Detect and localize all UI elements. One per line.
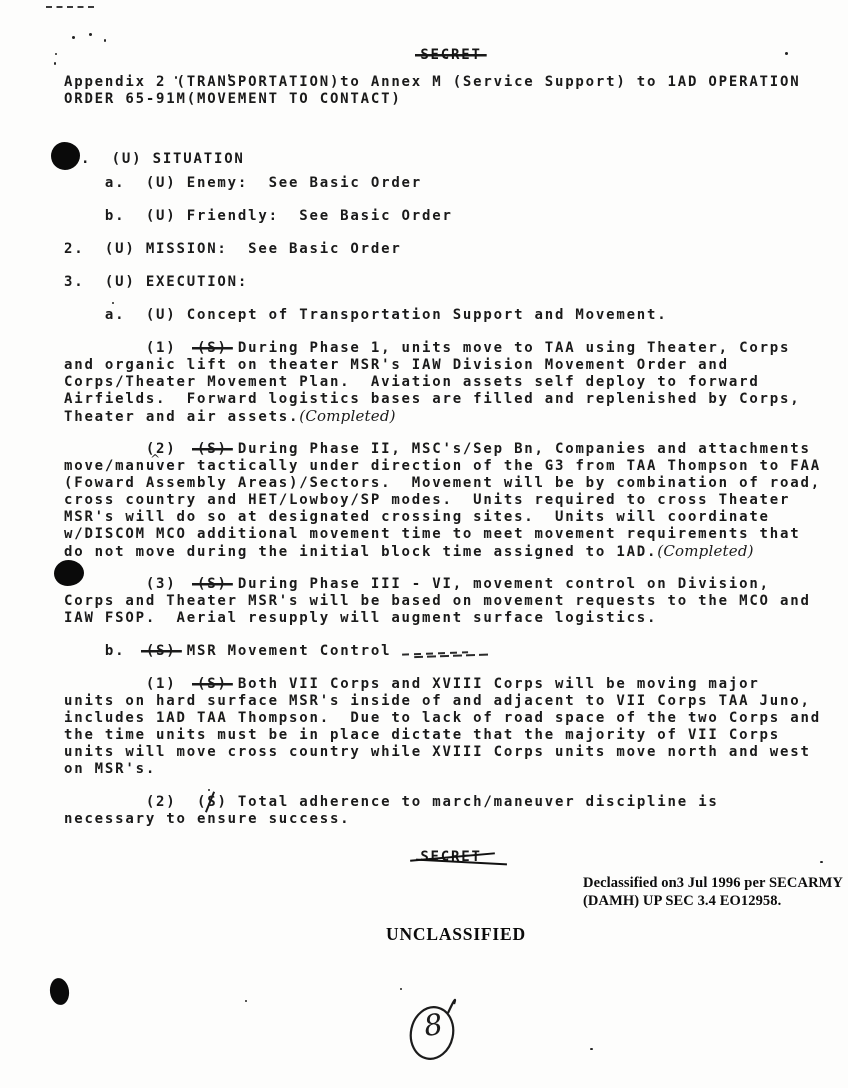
- doc-line: do not move during the initial block tim…: [64, 543, 848, 560]
- text-run: (1): [64, 676, 197, 692]
- doc-line: IAW FSOP. Aerial resupply will augment s…: [64, 610, 848, 627]
- declass-line-2: (DAMH) UP SEC 3.4 EO12958.: [583, 893, 843, 911]
- ink-speck: [104, 39, 106, 42]
- classification-banner-bottom: SECRET: [0, 849, 848, 865]
- ink-speck: [245, 1000, 247, 1002]
- text-run: During Phase II, MSC's/Sep Bn, Companies…: [228, 441, 811, 457]
- text-run: on MSR's.: [64, 761, 156, 777]
- doc-line: 2. (U) MISSION: See Basic Order: [64, 241, 848, 258]
- text-run: a. (U) Enemy: See Basic Order: [64, 175, 422, 191]
- classification-banner-top: SECRET: [0, 47, 848, 63]
- text-run: a. (U) Concept of Transportation Support…: [64, 307, 668, 323]
- text-run: ver tactically under direction of the G3…: [156, 458, 821, 474]
- doc-line: w/DISCOM MCO additional movement time to…: [64, 526, 848, 543]
- text-run: Corps/Theater Movement Plan. Aviation as…: [64, 374, 760, 390]
- text-run: units will move cross country while XVII…: [64, 744, 811, 760]
- text-run: Airfields. Forward logistics bases are f…: [64, 391, 800, 407]
- doc-line: (2) (S) During Phase II, MSC's/Sep Bn, C…: [64, 441, 848, 458]
- text-run: b.: [64, 643, 146, 659]
- doc-line: (1) (S) Both VII Corps and XVIII Corps w…: [64, 676, 848, 693]
- doc-line: necessary to ensure success.: [64, 811, 848, 828]
- struck-secret-label: SECRET: [415, 47, 486, 63]
- text-run: Total adherence to march/maneuver discip…: [228, 794, 719, 810]
- pencil-dash-mark: [46, 6, 94, 8]
- slashed-classification-mark: (S): [197, 794, 228, 811]
- struck-classification-mark: (S): [192, 576, 233, 592]
- text-run: (2): [64, 441, 197, 457]
- doc-line: (3) (S) During Phase III - VI, movement …: [64, 576, 848, 593]
- text-run: Theater and air assets.: [64, 409, 299, 425]
- doc-line: b. (U) Friendly: See Basic Order: [64, 208, 848, 225]
- doc-line: ORDER 65-91M(MOVEMENT TO CONTACT): [64, 91, 848, 108]
- doc-line: includes 1AD TAA Thompson. Due to lack o…: [64, 710, 848, 727]
- text-run: (1): [64, 340, 197, 356]
- doc-line: Corps/Theater Movement Plan. Aviation as…: [64, 374, 848, 391]
- document-body: Appendix 2 (TRANSPORTATION)to Annex M (S…: [64, 74, 848, 828]
- doc-line: Theater and air assets.(Completed): [64, 408, 848, 425]
- declassification-stamp: Declassified on3 Jul 1996 per SECARMY (D…: [583, 875, 843, 910]
- doc-line: units will move cross country while XVII…: [64, 744, 848, 761]
- ink-speck: [72, 36, 75, 39]
- text-run: (3): [64, 576, 197, 592]
- ink-blob: [48, 977, 71, 1006]
- doc-line: units on hard surface MSR's inside of an…: [64, 693, 848, 710]
- doc-line: 3. (U) EXECUTION:: [64, 274, 848, 291]
- struck-classification-mark: (S): [192, 441, 233, 457]
- text-run: cross country and HET/Lowboy/SP modes. U…: [64, 492, 790, 508]
- text-run: 3. (U) EXECUTION:: [64, 274, 248, 290]
- text-run: During Phase 1, units move to TAA using …: [228, 340, 791, 356]
- struck-classification-mark: (S): [192, 340, 233, 356]
- doc-line: move/manu^ver tactically under direction…: [64, 458, 848, 475]
- struck-classification-mark: (S): [192, 676, 233, 692]
- text-run: (Foward Assembly Areas)/Sectors. Movemen…: [64, 475, 821, 491]
- text-run: units on hard surface MSR's inside of an…: [64, 693, 811, 709]
- text-run: Appendix 2 (TRANSPORTATION)to Annex M (S…: [64, 74, 800, 90]
- handwritten-note: (Completed): [299, 407, 395, 425]
- handwritten-note: (Completed): [657, 542, 753, 560]
- text-run: necessary to ensure success.: [64, 811, 350, 827]
- ink-blob: [51, 142, 80, 170]
- text-run: b. (U) Friendly: See Basic Order: [64, 208, 453, 224]
- text-run: ORDER 65-91M(MOVEMENT TO CONTACT): [64, 91, 402, 107]
- text-run: and organic lift on theater MSR's IAW Di…: [64, 357, 729, 373]
- struck-classification-mark: (S): [141, 643, 182, 659]
- doc-line: b. (S) MSR Movement Control: [64, 643, 848, 660]
- doc-line: a. (U) Concept of Transportation Support…: [64, 307, 848, 324]
- text-run: MSR's will do so at designated crossing …: [64, 509, 770, 525]
- page-number-circle: 8: [404, 992, 466, 1068]
- doc-line: the time units must be in place dictate …: [64, 727, 848, 744]
- ink-speck: [89, 33, 92, 36]
- text-run: During Phase III - VI, movement control …: [228, 576, 770, 592]
- doc-line: (2) (S) Total adherence to march/maneuve…: [64, 794, 848, 811]
- text-run: (2): [64, 794, 197, 810]
- doc-line: Corps and Theater MSR's will be based on…: [64, 593, 848, 610]
- unclassified-stamp: UNCLASSIFIED: [0, 924, 848, 945]
- text-run: 2. (U) MISSION: See Basic Order: [64, 241, 402, 257]
- scanned-document-page: SECRET Appendix 2 (TRANSPORTATION)to Ann…: [0, 0, 848, 1088]
- ink-speck: [400, 988, 402, 990]
- doc-line: cross country and HET/Lowboy/SP modes. U…: [64, 492, 848, 509]
- text-run: IAW FSOP. Aerial resupply will augment s…: [64, 610, 657, 626]
- text-run: move/manu: [64, 458, 156, 474]
- text-run: MSR Movement Control: [177, 643, 402, 659]
- doc-line: on MSR's.: [64, 761, 848, 778]
- doc-line: Airfields. Forward logistics bases are f…: [64, 391, 848, 408]
- text-run: do not move during the initial block tim…: [64, 544, 657, 560]
- text-run: w/DISCOM MCO additional movement time to…: [64, 526, 800, 542]
- text-run: Both VII Corps and XVIII Corps will be m…: [228, 676, 760, 692]
- text-run: Corps and Theater MSR's will be based on…: [64, 593, 811, 609]
- doc-line: (1) (S) During Phase 1, units move to TA…: [64, 340, 848, 357]
- struck-secret-label: SECRET: [420, 849, 481, 865]
- doc-line: and organic lift on theater MSR's IAW Di…: [64, 357, 848, 374]
- ink-speck: [590, 1048, 593, 1050]
- doc-line: a. (U) Enemy: See Basic Order: [64, 175, 848, 192]
- doc-line: (Foward Assembly Areas)/Sectors. Movemen…: [64, 475, 848, 492]
- hand-scribble: [401, 642, 491, 659]
- declass-line-1: Declassified on3 Jul 1996 per SECARMY: [583, 875, 843, 893]
- text-run: includes 1AD TAA Thompson. Due to lack o…: [64, 710, 821, 726]
- doc-line: Appendix 2 (TRANSPORTATION)to Annex M (S…: [64, 74, 848, 91]
- text-run: . (U) SITUATION: [81, 151, 245, 167]
- text-run: the time units must be in place dictate …: [64, 727, 780, 743]
- doc-line: MSR's will do so at designated crossing …: [64, 509, 848, 526]
- doc-line: . (U) SITUATION: [64, 142, 848, 159]
